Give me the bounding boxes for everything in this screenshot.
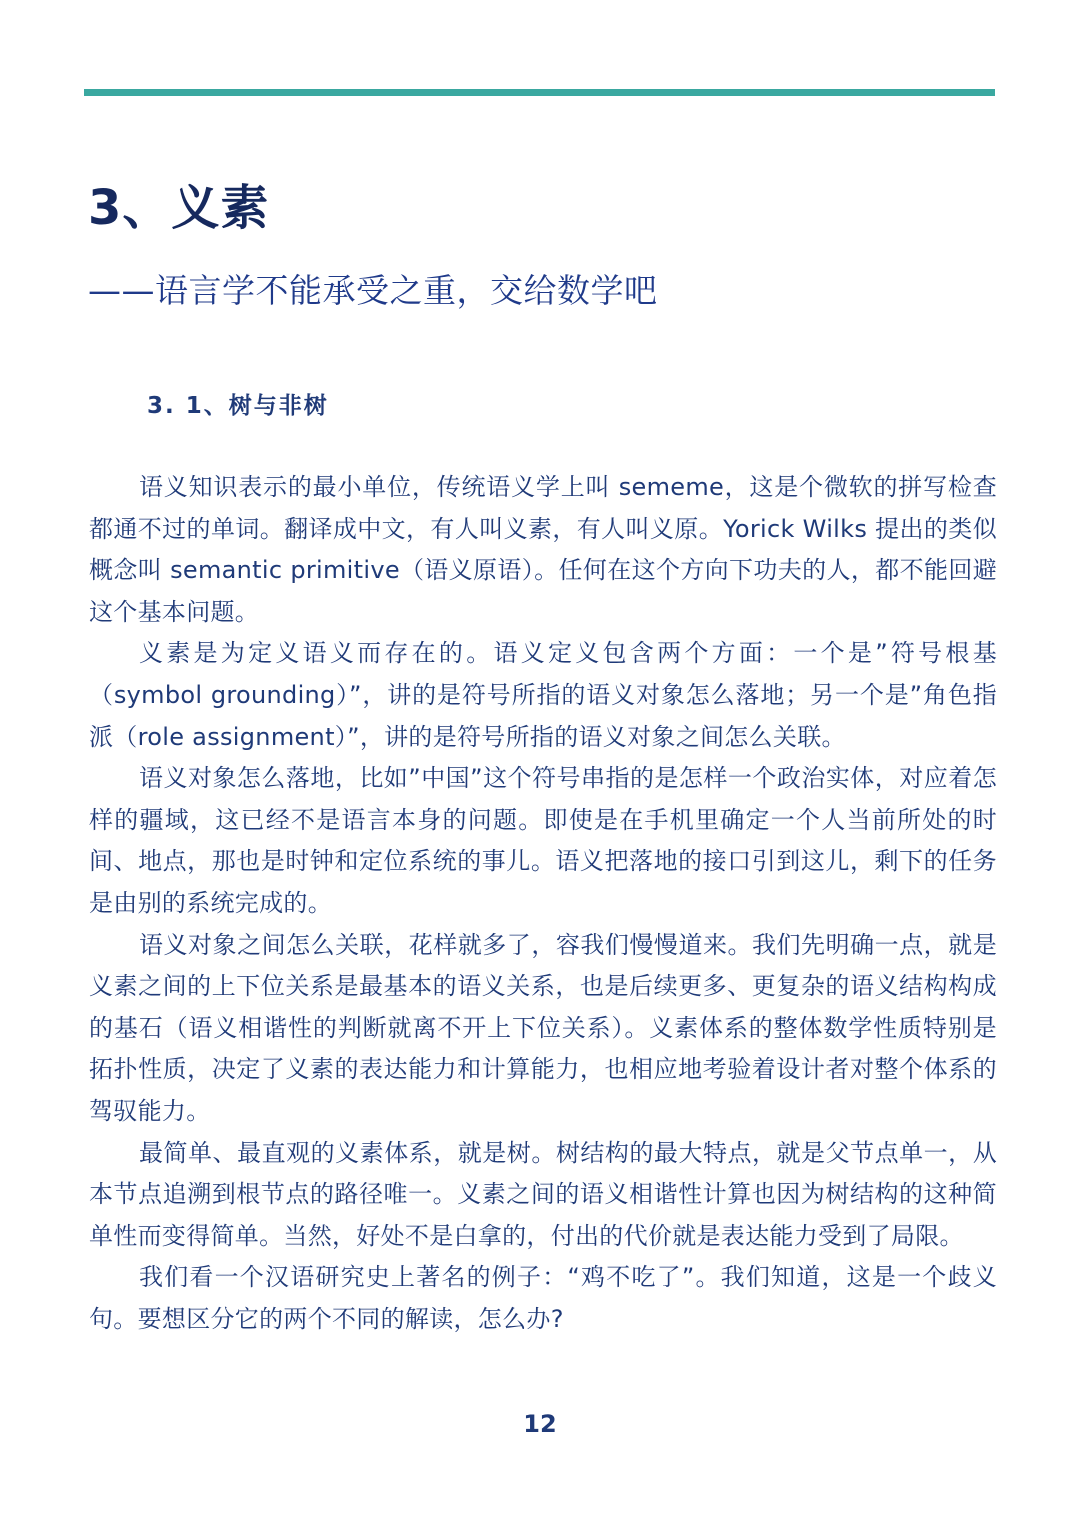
paragraph-role-relations: 语义对象之间怎么关联，花样就多了，容我们慢慢道来。我们先明确一点，就是义素之间的… [89,925,997,1133]
paragraph-ambiguity-example: 我们看一个汉语研究史上著名的例子：“鸡不吃了”。我们知道，这是一个歧义句。要想区… [89,1257,997,1340]
top-accent-rule [84,89,995,96]
section-title: 3. 1、树与非树 [147,388,329,424]
paragraph-tree-structure: 最简单、最直观的义素体系，就是树。树结构的最大特点，就是父节点单一，从本节点追溯… [89,1133,997,1258]
paragraph-symbol-grounding: 语义对象怎么落地，比如”中国”这个符号串指的是怎样一个政治实体，对应着怎样的疆域… [89,758,997,924]
paragraph-semantic-definition: 义素是为定义语义而存在的。语义定义包含两个方面：一个是”符号根基（symbol … [89,633,997,758]
page-number: 12 [0,1406,1080,1442]
paragraph-sememe-definition: 语义知识表示的最小单位，传统语义学上叫 sememe，这是个微软的拼写检查都通不… [89,467,997,633]
chapter-subtitle: ——语言学不能承受之重，交给数学吧 [88,266,658,316]
body-text: 语义知识表示的最小单位，传统语义学上叫 sememe，这是个微软的拼写检查都通不… [89,467,997,1340]
chapter-title: 3、义素 [88,178,269,238]
